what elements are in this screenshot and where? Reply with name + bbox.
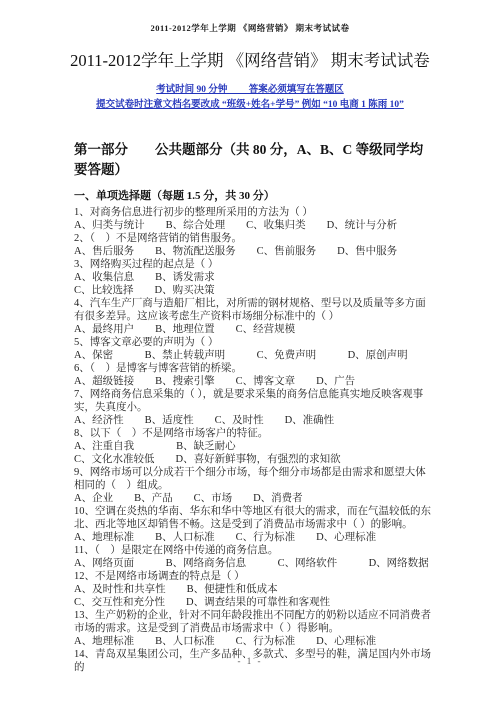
question-stem: 11、（ ）是限定在网络中传递的商务信息。: [74, 544, 436, 557]
question-option-line: A、地理标准 B、人口标准 C、行为标准 D、心理标准: [74, 635, 436, 648]
question-item: 1、对商务信息进行初步的整理所采用的方法为（ ）A、归类与统计 B、综合处理 C…: [74, 206, 436, 232]
question-item: 5、博客文章必要的声明为（ ）A、保密 B、禁止转载声明 C、免费声明 D、原创…: [74, 336, 436, 362]
question-list: 1、对商务信息进行初步的整理所采用的方法为（ ）A、归类与统计 B、综合处理 C…: [74, 206, 436, 674]
subsection-heading: 一、单项选择题（每题 1.5 分，共 30 分）: [74, 187, 436, 203]
question-stem: 4、汽车生产厂商与造船厂相比，对所需的钢材规格、型号以及质量等多方面有很多差异。…: [74, 297, 436, 323]
notice-line-submit-instructions: 提交试卷时注意文档名要改成 “班级+姓名+学号” 例如 “10 电商 1 陈雨 …: [0, 98, 500, 113]
page-title: 2011-2012学年上学期 《网络营销》 期末考试试卷: [0, 47, 500, 71]
question-item: 2、（ ）不是网络营销的销售服务。A、售后服务 B、物流配送服务 C、售前服务 …: [74, 232, 436, 258]
question-stem: 12、不是网络市场调查的特点是（ ）: [74, 570, 436, 583]
question-stem: 8、以下（ ）不是网络市场客户的特征。: [74, 427, 436, 440]
section-heading: 第一部分 公共题部分（共 80 分，A、B、C 等级同学均要答题）: [74, 138, 436, 178]
question-option-line: C、文化水准较低 D、喜好新鲜事物，有强烈的求知欲: [74, 453, 436, 466]
question-item: 3、网络购买过程的起点是（ ）A、收集信息 B、诱发需求C、比较选择 D、购买决…: [74, 258, 436, 297]
question-option-line: A、及时性和共享性 B、便捷性和低成本: [74, 583, 436, 596]
question-item: 4、汽车生产厂商与造船厂相比，对所需的钢材规格、型号以及质量等多方面有很多差异。…: [74, 297, 436, 336]
question-option-line: A、收集信息 B、诱发需求: [74, 271, 436, 284]
question-stem: 10、空调在炎热的华南、华东和华中等地区有很大的需求，而在气温较低的东北、西北等…: [74, 505, 436, 531]
question-item: 6、（ ）是博客与博客营销的桥梁。A、超级链接 B、搜索引擎 C、博客文章 D、…: [74, 362, 436, 388]
question-item: 12、不是网络市场调查的特点是（ ）A、及时性和共享性 B、便捷性和低成本C、交…: [74, 570, 436, 609]
exam-notice: 考试时间 90 分钟 答案必须填写在答题区 提交试卷时注意文档名要改成 “班级+…: [0, 83, 500, 113]
question-stem: 1、对商务信息进行初步的整理所采用的方法为（ ）: [74, 206, 436, 219]
question-option-line: C、比较选择 D、购买决策: [74, 284, 436, 297]
question-option-line: A、经济性 B、适度性 C、及时性 D、准确性: [74, 414, 436, 427]
question-stem: 9、网络市场可以分成若干个细分市场，每个细分市场都是由需求和愿望大体相同的（ ）…: [74, 466, 436, 492]
question-stem: 7、网络商务信息采集的（ ），就是要求采集的商务信息能真实地反映客观事实，失真度…: [74, 388, 436, 414]
exam-content: 第一部分 公共题部分（共 80 分，A、B、C 等级同学均要答题） 一、单项选择…: [74, 138, 436, 674]
question-option-line: A、地理标准 B、人口标准 C、行为标准 D、心理标准: [74, 531, 436, 544]
question-option-line: A、售后服务 B、物流配送服务 C、售前服务 D、售中服务: [74, 245, 436, 258]
question-option-line: A、超级链接 B、搜索引擎 C、博客文章 D、广告: [74, 375, 436, 388]
question-stem: 3、网络购买过程的起点是（ ）: [74, 258, 436, 271]
exam-page: 2011-2012学年上学期 《网络营销》 期末考试试卷 2011-2012学年…: [0, 0, 500, 708]
running-header: 2011-2012学年上学期 《网络营销》 期末考试试卷: [0, 0, 500, 34]
question-stem: 6、（ ）是博客与博客营销的桥梁。: [74, 362, 436, 375]
notice-line-exam-time: 考试时间 90 分钟 答案必须填写在答题区: [0, 83, 500, 98]
question-item: 11、（ ）是限定在网络中传递的商务信息。A、网络页面 B、网络商务信息 C、网…: [74, 544, 436, 570]
question-option-line: A、保密 B、禁止转载声明 C、免费声明 D、原创声明: [74, 349, 436, 362]
page-number: - 1 -: [0, 656, 500, 666]
question-stem: 13、生产奶粉的企业，针对不同年龄段推出不同配方的奶粉以适应不同消费者市场的需求…: [74, 609, 436, 635]
question-option-line: A、归类与统计 B、综合处理 C、收集归类 D、统计与分析: [74, 219, 436, 232]
question-option-line: A、企业 B、产品 C、市场 D、消费者: [74, 492, 436, 505]
question-item: 7、网络商务信息采集的（ ），就是要求采集的商务信息能真实地反映客观事实，失真度…: [74, 388, 436, 427]
question-item: 8、以下（ ）不是网络市场客户的特征。A、注重自我 B、缺乏耐心C、文化水准较低…: [74, 427, 436, 466]
question-option-line: C、交互性和充分性 D、调查结果的可靠性和客观性: [74, 596, 436, 609]
question-stem: 2、（ ）不是网络营销的销售服务。: [74, 232, 436, 245]
question-item: 13、生产奶粉的企业，针对不同年龄段推出不同配方的奶粉以适应不同消费者市场的需求…: [74, 609, 436, 648]
question-option-line: A、注重自我 B、缺乏耐心: [74, 440, 436, 453]
question-item: 10、空调在炎热的华南、华东和华中等地区有很大的需求，而在气温较低的东北、西北等…: [74, 505, 436, 544]
question-option-line: A、最终用户 B、地理位置 C、经营规模: [74, 323, 436, 336]
question-item: 9、网络市场可以分成若干个细分市场，每个细分市场都是由需求和愿望大体相同的（ ）…: [74, 466, 436, 505]
question-stem: 5、博客文章必要的声明为（ ）: [74, 336, 436, 349]
question-option-line: A、网络页面 B、网络商务信息 C、网络软件 D、网络数据: [74, 557, 436, 570]
